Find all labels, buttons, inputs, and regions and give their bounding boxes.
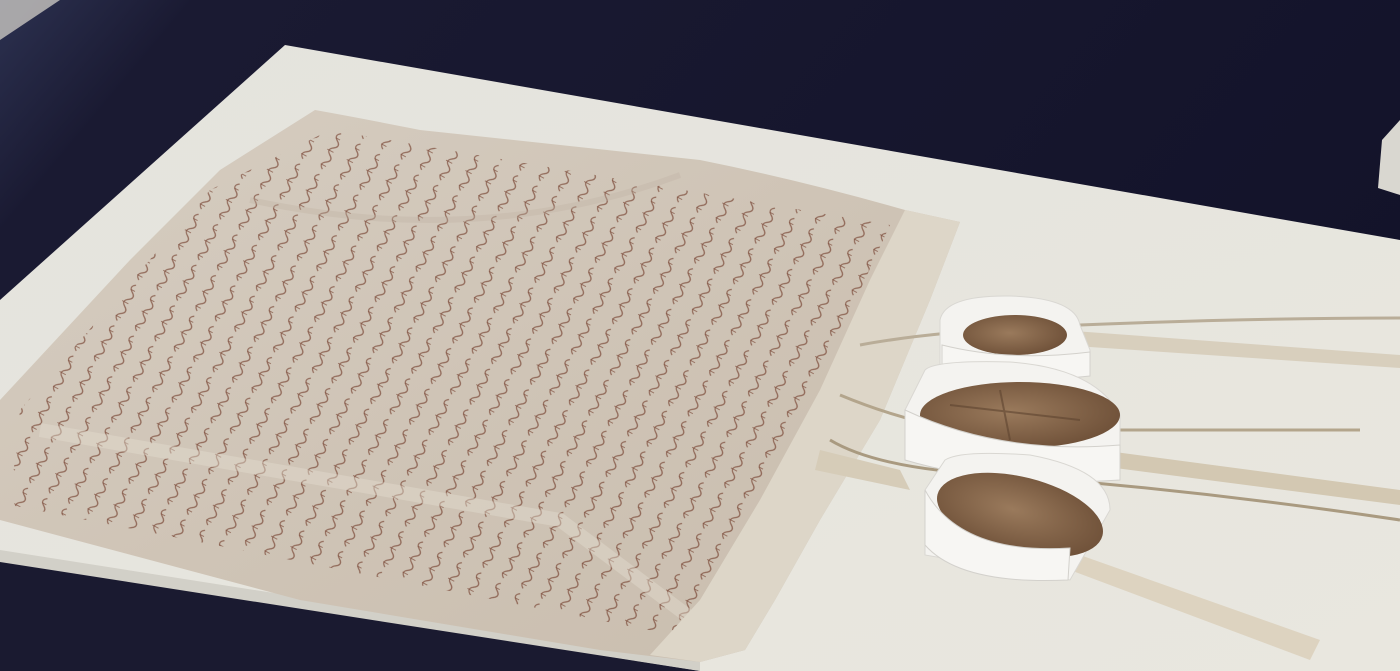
seal-wax-top: [963, 315, 1067, 355]
photo-scene: Medieval parchment charter with three wa…: [0, 0, 1400, 671]
photo-illustration: [0, 0, 1400, 671]
